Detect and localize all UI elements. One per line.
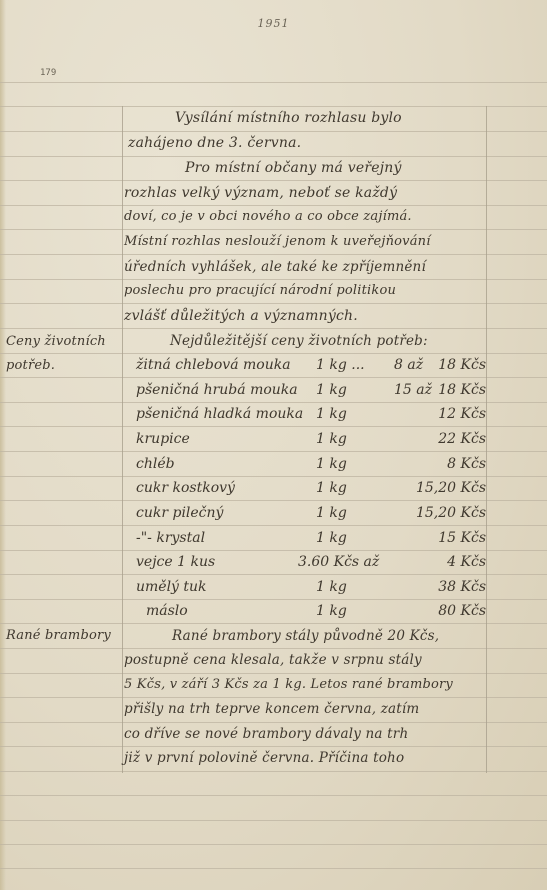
price-value: 18 Kčs xyxy=(438,382,486,398)
price-value: 18 Kčs xyxy=(438,357,486,373)
rule-line xyxy=(0,328,547,329)
rule-line xyxy=(0,131,547,132)
price-value: 22 Kčs xyxy=(438,431,486,447)
price-item: máslo xyxy=(146,603,188,619)
text-line: co dříve se nové brambory dávaly na trh xyxy=(124,726,408,742)
rule-line xyxy=(0,229,547,230)
text-line: zahájeno dne 3. června. xyxy=(128,135,301,151)
rule-line xyxy=(0,303,547,304)
text-line: Rané brambory stály původně 20 Kčs, xyxy=(172,628,439,644)
price-value: 15,20 Kčs xyxy=(416,505,486,521)
price-value: 80 Kčs xyxy=(438,603,486,619)
price-item: cukr kostkový xyxy=(136,480,235,496)
price-range: 15 až xyxy=(394,382,432,398)
rule-line xyxy=(0,180,547,181)
rule-line xyxy=(0,106,547,107)
price-value: 15,20 Kčs xyxy=(416,480,486,496)
rule-line xyxy=(0,697,547,698)
page-edge xyxy=(0,0,6,890)
price-row: cukr kostkový 1 kg 15,20 Kčs xyxy=(122,480,486,504)
price-item: -"- krystal xyxy=(136,530,205,546)
price-value: 38 Kčs xyxy=(438,579,486,595)
text-line: zvlášť důležitých a významných. xyxy=(124,308,358,324)
price-row: máslo 1 kg 80 Kčs xyxy=(122,603,486,627)
text-line: již v první polovině června. Příčina toh… xyxy=(124,750,404,766)
price-range: 8 až xyxy=(394,357,423,373)
text-line: doví, co je v obci nového a co obce zají… xyxy=(124,209,412,224)
rule-line xyxy=(0,82,547,83)
price-value: 8 Kčs xyxy=(447,456,486,472)
price-item: cukr pilečný xyxy=(136,505,223,521)
chronicle-page: 1951 179 Vysílání místního rozhlasu bylo… xyxy=(0,0,547,890)
price-value: 4 Kčs xyxy=(447,554,486,570)
price-item: umělý tuk xyxy=(136,579,207,595)
rule-line xyxy=(0,795,547,796)
price-item: pšeničná hladká mouka xyxy=(136,406,303,422)
rule-line xyxy=(0,205,547,206)
rule-line xyxy=(0,254,547,255)
price-row: cukr pilečný 1 kg 15,20 Kčs xyxy=(122,505,486,529)
price-qty: 1 kg xyxy=(316,431,347,447)
rule-line xyxy=(0,722,547,723)
text-line: úředních vyhlášek, ale také ke zpříjemně… xyxy=(124,259,426,275)
price-value: 12 Kčs xyxy=(438,406,486,422)
price-row: žitná chlebová mouka 1 kg ... 8 až 18 Kč… xyxy=(122,357,486,381)
text-line: Pro místní občany má veřejný xyxy=(185,160,402,176)
rule-line xyxy=(0,844,547,845)
text-line: rozhlas velký význam, neboť se každý xyxy=(124,185,397,201)
price-qty: 1 kg xyxy=(316,480,347,496)
margin-note-prices: potřeb. xyxy=(6,358,55,373)
price-row: umělý tuk 1 kg 38 Kčs xyxy=(122,579,486,603)
price-item: vejce 1 kus xyxy=(136,554,215,570)
rule-line xyxy=(0,156,547,157)
price-qty: 1 kg xyxy=(316,406,347,422)
price-qty: 1 kg xyxy=(316,530,347,546)
price-qty: 3.60 Kčs až xyxy=(298,554,379,570)
text-line: 5 Kčs, v září 3 Kčs za 1 kg. Letos rané … xyxy=(124,677,453,692)
price-qty: 1 kg xyxy=(316,456,347,472)
text-line: Místní rozhlas neslouží jenom k uveřejňo… xyxy=(124,234,431,249)
price-qty: 1 kg xyxy=(316,382,347,398)
text-line: Vysílání místního rozhlasu bylo xyxy=(175,110,402,126)
price-row: chléb 1 kg 8 Kčs xyxy=(122,456,486,480)
page-number: 179 xyxy=(40,68,56,78)
margin-note-potatoes: Rané brambory xyxy=(6,628,111,643)
price-row: vejce 1 kus 3.60 Kčs až 4 Kčs xyxy=(122,554,486,578)
price-value: 15 Kčs xyxy=(438,530,486,546)
rule-line xyxy=(0,746,547,747)
text-line: postupně cena klesala, takže v srpnu stá… xyxy=(124,652,422,668)
rule-line xyxy=(0,673,547,674)
price-row: krupice 1 kg 22 Kčs xyxy=(122,431,486,455)
price-item: pšeničná hrubá mouka xyxy=(136,382,298,398)
rule-line xyxy=(0,353,547,354)
right-margin-line xyxy=(486,106,487,773)
text-line: přišly na trh teprve koncem června, zatí… xyxy=(124,701,419,717)
rule-line xyxy=(0,820,547,821)
price-item: chléb xyxy=(136,456,175,472)
price-row: pšeničná hrubá mouka 1 kg 15 až 18 Kčs xyxy=(122,382,486,406)
price-qty: 1 kg xyxy=(316,603,347,619)
price-item: žitná chlebová mouka xyxy=(136,357,291,373)
text-line: poslechu pro pracující národní politikou xyxy=(124,283,396,298)
price-row: -"- krystal 1 kg 15 Kčs xyxy=(122,530,486,554)
price-qty: 1 kg xyxy=(316,579,347,595)
rule-line xyxy=(0,648,547,649)
rule-line xyxy=(0,868,547,869)
rule-line xyxy=(0,771,547,772)
price-qty: 1 kg xyxy=(316,505,347,521)
margin-note-prices: Ceny životních xyxy=(6,334,106,349)
price-qty: 1 kg ... xyxy=(316,357,365,373)
prices-intro: Nejdůležitější ceny životních potřeb: xyxy=(170,333,428,349)
rule-line xyxy=(0,279,547,280)
price-item: krupice xyxy=(136,431,190,447)
page-year: 1951 xyxy=(0,17,547,30)
price-row: pšeničná hladká mouka 1 kg 12 Kčs xyxy=(122,406,486,430)
